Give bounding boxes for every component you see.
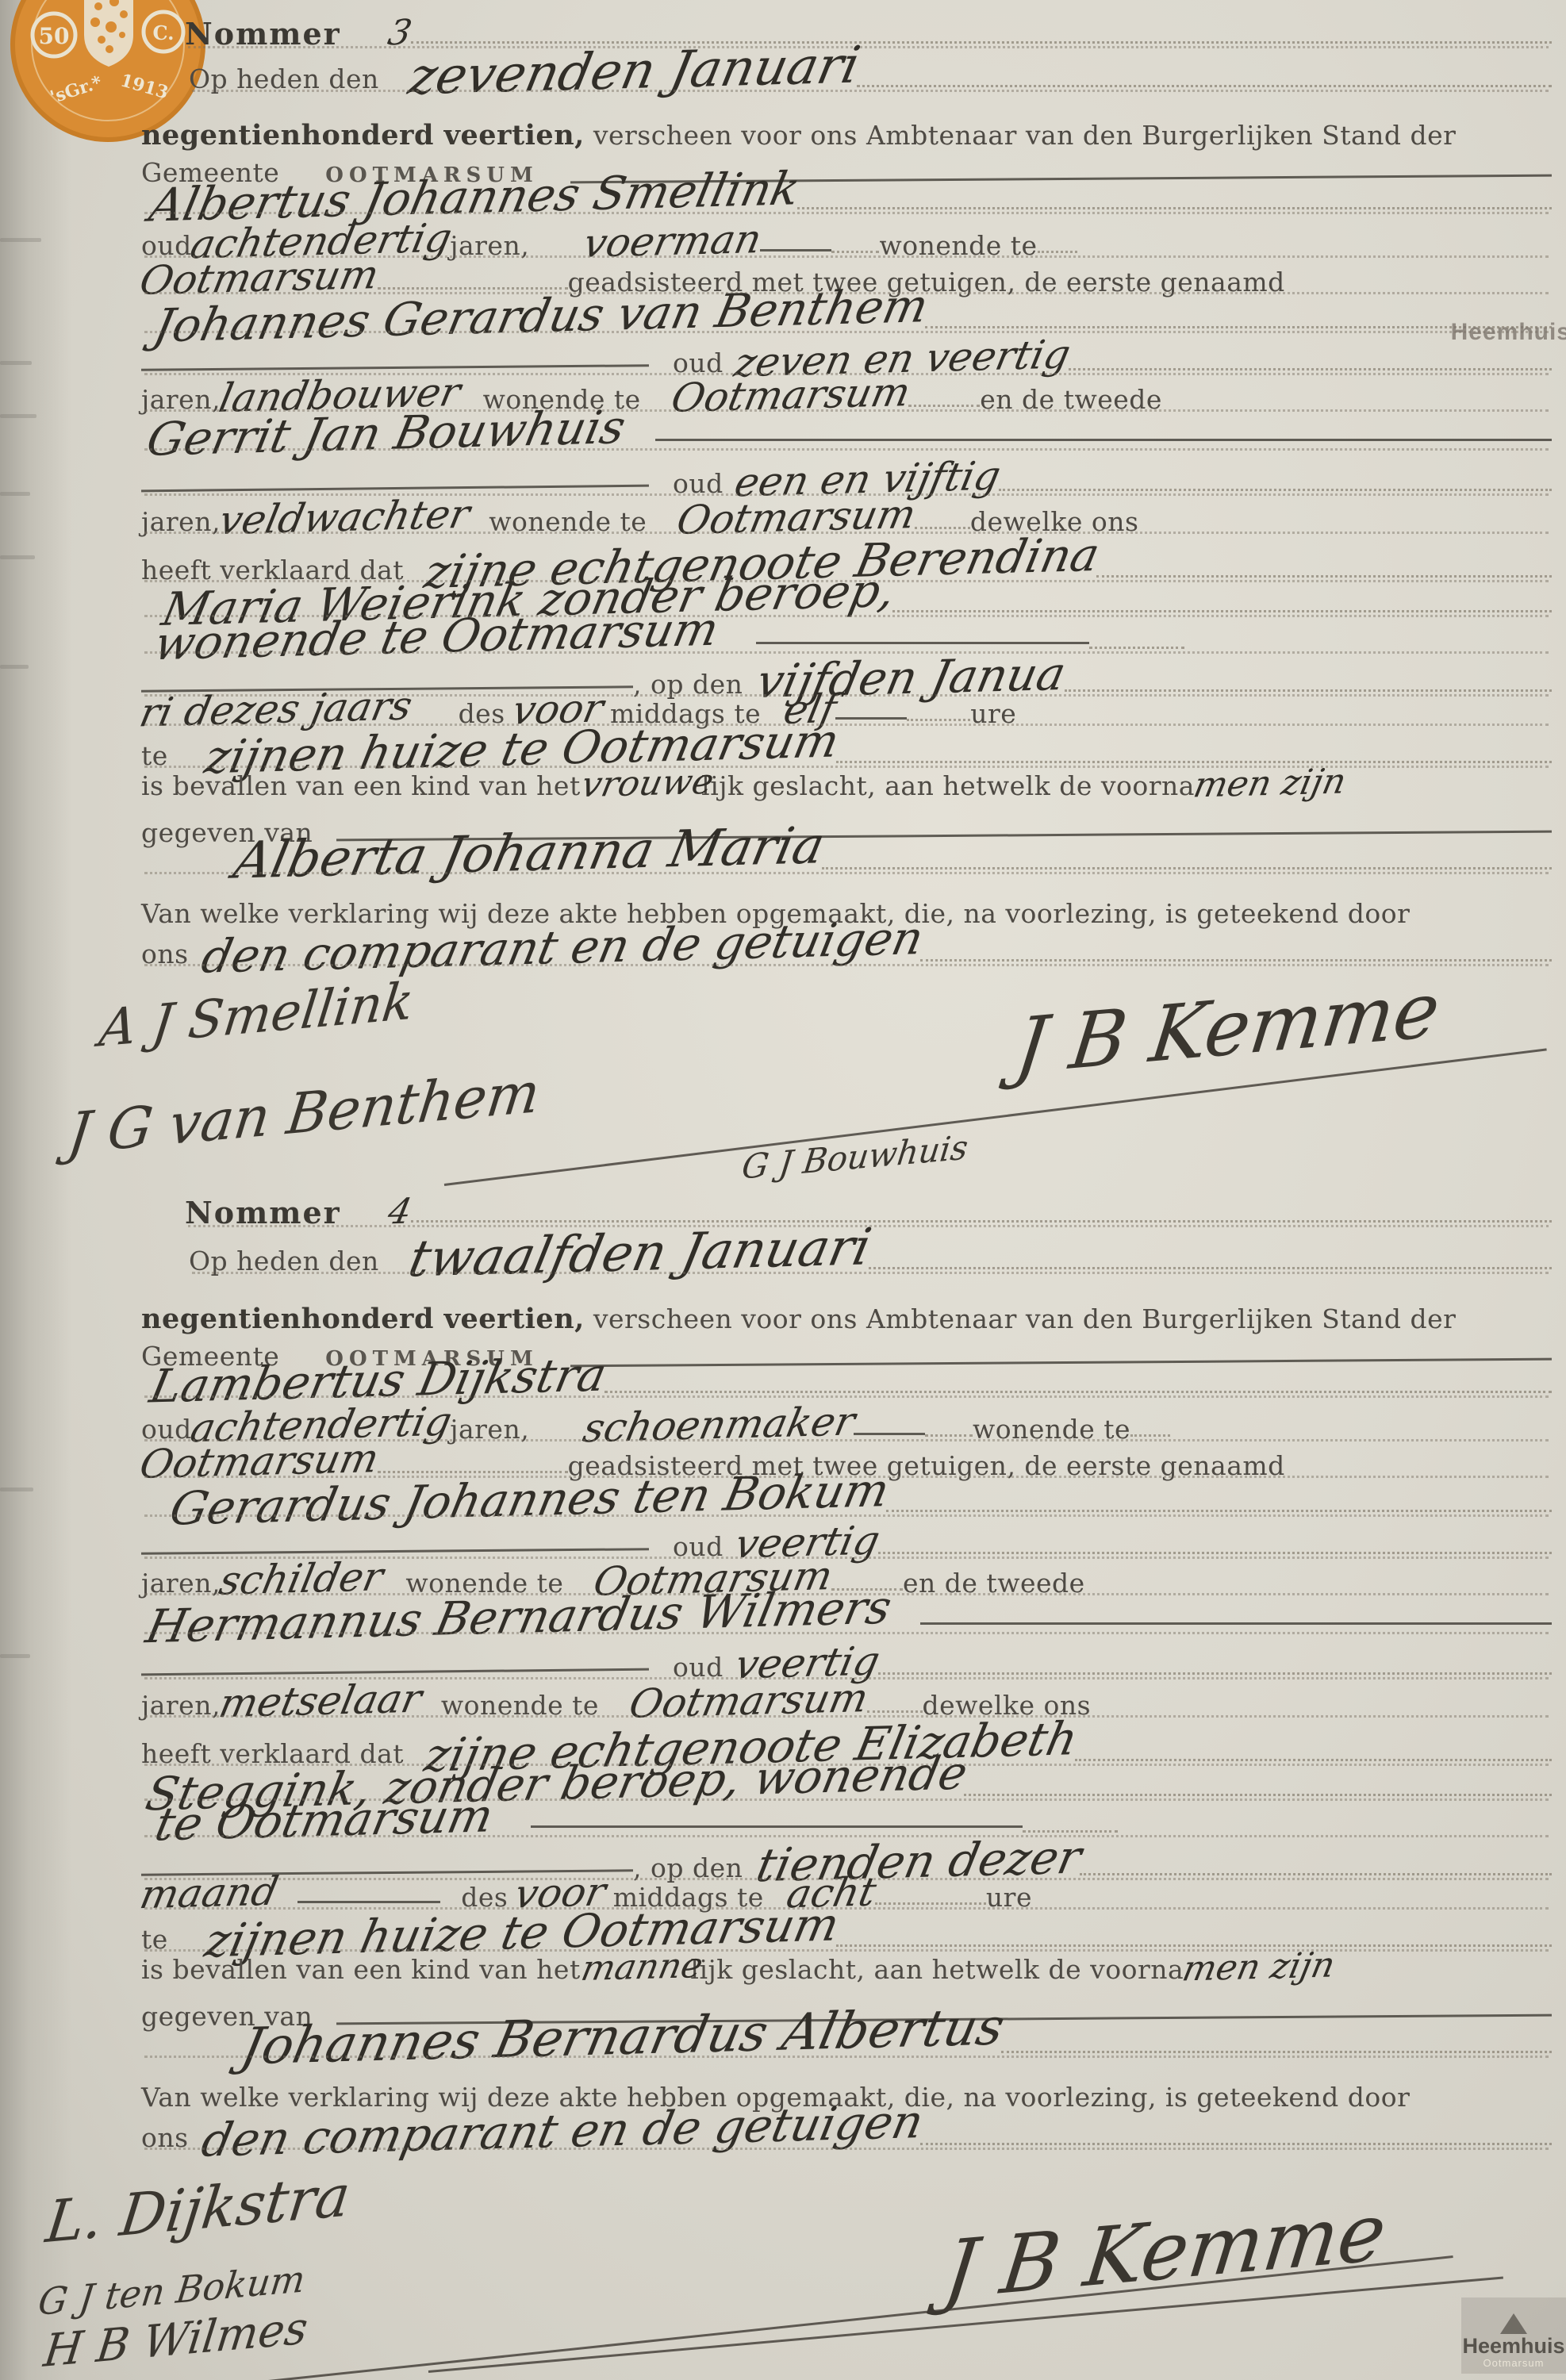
year-bold: negentienhonderd veertien, bbox=[141, 119, 585, 152]
declarant-profession: schoenmaker bbox=[581, 1404, 858, 1447]
bevallen-post: lijk geslacht, aan hetwelk de voorna bbox=[690, 1954, 1184, 1985]
declarant-profession: voerman bbox=[581, 221, 765, 262]
year-rest: verscheen voor ons Ambtenaar van den Bur… bbox=[585, 1303, 1457, 1334]
date-line: Op heden den twaalfden Januari bbox=[189, 1231, 1552, 1277]
declaration-line-3: te Ootmarsum bbox=[141, 1799, 1552, 1841]
jaren-label: jaren, bbox=[141, 1690, 221, 1721]
op-heden-label: Op heden den bbox=[189, 1246, 379, 1276]
scanned-birth-register-page: { "stamp": { "denomination": "50", "cent… bbox=[0, 0, 1566, 2380]
te-label: te bbox=[141, 1924, 168, 1955]
gender-handwritten: vrouwe bbox=[578, 766, 716, 801]
witness2-name-line: Gerrit Jan Bouwhuis bbox=[141, 413, 1552, 454]
declarant-name-line: Albertus Johannes Smellink bbox=[141, 176, 1552, 217]
bevallen-pre: is bevallen van een kind van het bbox=[141, 1954, 581, 1985]
witness2-name: Hermannus Bernardus Wilmers bbox=[143, 1587, 895, 1648]
nommer-label: Nommer bbox=[185, 1195, 341, 1230]
birth-time-line: maand des voor middags te acht ure bbox=[141, 1875, 1552, 1913]
child-name: Johannes Bernardus Albertus bbox=[237, 2006, 1008, 2071]
bevallen-post: lijk geslacht, aan hetwelk de voorna bbox=[701, 770, 1195, 801]
ure-label: ure bbox=[970, 698, 1016, 729]
stamp-cents: C. bbox=[152, 21, 174, 44]
page-edge-mark bbox=[0, 238, 41, 242]
witness2-profession: metselaar bbox=[217, 1681, 425, 1722]
gender-handwritten: manne bbox=[578, 1950, 705, 1985]
child-gender-line: is bevallen van een kind van het vrouwe … bbox=[141, 768, 1552, 801]
wonende-label: wonende te bbox=[973, 1414, 1130, 1445]
declaration-line-3: wonende te Ootmarsum bbox=[141, 616, 1552, 657]
year-rest: verscheen voor ons Ambtenaar van den Bur… bbox=[585, 120, 1457, 151]
page-edge-mark bbox=[0, 414, 36, 418]
oud-label: oud bbox=[673, 1652, 724, 1683]
watermark-title: Heemhuis bbox=[1462, 2336, 1564, 2357]
date-handwritten: zevenden Januari bbox=[405, 44, 863, 101]
comparant-handwritten: den comparant en de getuigen bbox=[198, 2101, 927, 2161]
date-line: Op heden den zevenden Januari bbox=[189, 49, 1552, 95]
child-name: Alberta Johanna Maria bbox=[230, 823, 828, 885]
nommer-label: Nommer bbox=[185, 16, 341, 52]
declarant-name-line: Lambertus Dijkstra bbox=[141, 1360, 1552, 1401]
comparant-handwritten: den comparant en de getuigen bbox=[198, 917, 927, 977]
page-edge-mark bbox=[0, 361, 32, 365]
watermark-subtitle: Ootmarsum bbox=[1483, 2357, 1545, 2369]
child-name-line: Alberta Johanna Maria bbox=[141, 831, 1552, 877]
child-gender-line: is bevallen van een kind van het manne l… bbox=[141, 1952, 1552, 1985]
signature-witness1: J G van Benthem bbox=[65, 1065, 543, 1162]
record-number-value: 3 bbox=[386, 17, 414, 49]
witness1-name-line: Gerardus Johannes ten Bokum bbox=[141, 1479, 1552, 1520]
signature-witness2: G J Bouwhuis bbox=[740, 1130, 969, 1184]
witness1-profession: schilder bbox=[217, 1559, 386, 1599]
ure-label: ure bbox=[986, 1882, 1032, 1913]
jaren-label: jaren, bbox=[450, 230, 529, 261]
witness2-name-line: Hermannus Bernardus Wilmers bbox=[141, 1596, 1552, 1637]
ons-label: ons bbox=[141, 2122, 189, 2153]
te-label: te bbox=[141, 740, 168, 771]
birth-place-line: te zijnen huize te Ootmarsum bbox=[141, 1912, 1552, 1955]
signature-flourish bbox=[238, 2255, 1453, 2380]
witness2-residence: Ootmarsum bbox=[626, 1680, 870, 1722]
year-bold: negentienhonderd veertien, bbox=[141, 1303, 585, 1335]
voornamen-handwritten: men zijn bbox=[1191, 766, 1349, 802]
date-handwritten: twaalfden Januari bbox=[405, 1225, 874, 1283]
witness2-name: Gerrit Jan Bouwhuis bbox=[144, 406, 629, 460]
jaren-label: jaren, bbox=[141, 1568, 221, 1599]
birth-time-line: ri dezes jaars des voor middags te elf u… bbox=[141, 692, 1552, 729]
en-de-tweede-label: en de tweede bbox=[903, 1568, 1085, 1599]
birth-day-handwritten-2: maand bbox=[137, 1874, 281, 1913]
roof-icon bbox=[1500, 2313, 1527, 2334]
page-edge-mark bbox=[0, 1654, 30, 1658]
jaren-label: jaren, bbox=[450, 1414, 529, 1445]
op-heden-label: Op heden den bbox=[189, 63, 379, 94]
witness1-residence: Ootmarsum bbox=[668, 374, 912, 416]
signature-declarant: A J Smellink bbox=[97, 976, 416, 1054]
child-name-line: Johannes Bernardus Albertus bbox=[141, 2015, 1552, 2061]
signature-flourish bbox=[444, 1048, 1547, 1186]
bevallen-pre: is bevallen van een kind van het bbox=[141, 770, 581, 801]
record-number-value: 4 bbox=[386, 1196, 414, 1228]
page-gutter-shadow bbox=[0, 0, 71, 2380]
declarant-residence: Ootmarsum bbox=[137, 257, 382, 299]
year-line: negentienhonderd veertien, verscheen voo… bbox=[141, 1303, 1552, 1335]
oud-label: oud bbox=[673, 468, 724, 499]
jaren-label: jaren, bbox=[141, 506, 221, 537]
page-edge-mark bbox=[0, 492, 30, 496]
watermark-logo: Heemhuis Ootmarsum bbox=[1461, 2297, 1566, 2374]
ons-line: ons den comparant en de getuigen bbox=[141, 2110, 1552, 2153]
spouse-handwritten-3: te Ootmarsum bbox=[152, 1795, 496, 1844]
ons-line: ons den comparant en de getuigen bbox=[141, 927, 1552, 969]
witness2-residence: Ootmarsum bbox=[674, 497, 919, 539]
en-de-tweede-label: en de tweede bbox=[980, 384, 1162, 415]
witness2-detail-line: jaren, veldwachter wonende te Ootmarsum … bbox=[141, 500, 1552, 537]
page-edge-mark bbox=[0, 1487, 33, 1491]
signature-declarant: L. Dijkstra bbox=[43, 2167, 353, 2251]
witness2-detail-line: jaren, metselaar wonende te Ootmarsum de… bbox=[141, 1683, 1552, 1721]
stamp-denomination: 50 bbox=[39, 23, 70, 49]
year-line: negentienhonderd veertien, verscheen voo… bbox=[141, 119, 1552, 152]
witness1-name-line: Johannes Gerardus van Benthem bbox=[141, 295, 1552, 336]
wonende-label: wonende te bbox=[441, 1690, 599, 1721]
wonende-label: wonende te bbox=[489, 506, 647, 537]
record-number-line: Nommer 3 bbox=[185, 16, 1552, 52]
wonende-label: wonende te bbox=[879, 230, 1037, 261]
birth-day-handwritten-2: ri dezes jaars bbox=[136, 689, 415, 731]
page-edge-mark bbox=[0, 555, 35, 559]
witness2-profession: veldwachter bbox=[216, 497, 472, 539]
page-edge-mark bbox=[0, 665, 29, 669]
declarant-residence: Ootmarsum bbox=[137, 1441, 382, 1483]
watermark-side: Heemhuis bbox=[1451, 319, 1566, 346]
spouse-handwritten-3: wonende te Ootmarsum bbox=[152, 608, 722, 665]
ons-label: ons bbox=[141, 939, 189, 969]
declarant-name: Lambertus Dijkstra bbox=[147, 1354, 610, 1407]
voornamen-handwritten: men zijn bbox=[1180, 1950, 1338, 1986]
